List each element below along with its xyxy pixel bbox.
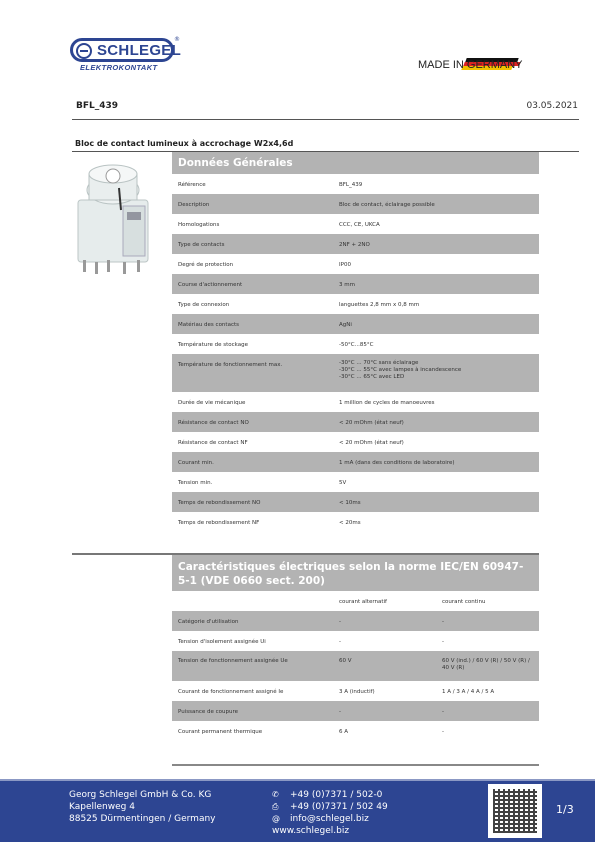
- row-label: Homologations: [178, 222, 219, 228]
- row-label: Puissance de coupure: [178, 709, 238, 715]
- row-label: Catégorie d'utilisation: [178, 619, 239, 625]
- row-label: Durée de vie mécanique: [178, 400, 245, 406]
- row-ac: -: [339, 709, 341, 716]
- page-number: 1/3: [556, 803, 574, 816]
- footer-top-line: [0, 779, 595, 781]
- row-value: -30°C ... 70°C sans éclairage-30°C ... 5…: [339, 360, 461, 381]
- row-value: BFL_439: [339, 182, 362, 189]
- made-in-germany: MADE IN GERMANY: [418, 59, 523, 71]
- company-city: 88525 Dürmentingen / Germany: [69, 813, 215, 825]
- electrical-row: Puissance de coupure--: [172, 701, 539, 721]
- logo-badge: SCHLEGEL: [70, 38, 174, 62]
- electrical-row: Courant permanent thermique6 A-: [172, 721, 539, 741]
- general-row: Courant min.1 mA (dans des conditions de…: [172, 452, 539, 472]
- row-label: Type de connexion: [178, 302, 229, 308]
- qr-code[interactable]: [488, 784, 542, 838]
- row-value: 1 mA (dans des conditions de laboratoire…: [339, 460, 454, 467]
- row-ac: -: [339, 639, 341, 646]
- logo-subtitle: ELEKTROKONTAKT: [80, 63, 158, 72]
- general-row: Type de contacts2NF + 2NO: [172, 234, 539, 254]
- row-ac: -: [339, 619, 341, 626]
- section-heading-general: Données Générales: [172, 152, 539, 174]
- row-label: Tension d'isolement assignée Ui: [178, 639, 266, 645]
- company-address: Georg Schlegel GmbH & Co. KG Kapellenweg…: [69, 789, 215, 825]
- row-value-line: -30°C ... 70°C sans éclairage: [339, 360, 461, 367]
- general-row: RéférenceBFL_439: [172, 174, 539, 194]
- row-value: < 20 mOhm (état neuf): [339, 440, 404, 447]
- row-ac: 3 A (inductif): [339, 689, 375, 696]
- row-value: < 20ms: [339, 520, 361, 527]
- row-value: < 10ms: [339, 500, 361, 507]
- article-number: BFL_439: [76, 101, 118, 111]
- row-ac: 60 V: [339, 658, 352, 665]
- general-row: Durée de vie mécanique1 million de cycle…: [172, 392, 539, 412]
- company-contact: ✆+49 (0)7371 / 502-0 ⎙+49 (0)7371 / 502 …: [272, 789, 388, 837]
- registered-mark: ®: [174, 36, 180, 43]
- general-row: Résistance de contact NF< 20 mOhm (état …: [172, 432, 539, 452]
- general-row: DescriptionBloc de contact, éclairage po…: [172, 194, 539, 214]
- electrical-row: Tension d'isolement assignée Ui--: [172, 631, 539, 651]
- website-link[interactable]: www.schlegel.biz: [272, 825, 388, 837]
- general-row: Temps de rebondissement NO< 10ms: [172, 492, 539, 512]
- section-heading-electrical: Caractéristiques électriques selon la no…: [172, 555, 539, 591]
- row-value: CCC, CE, UKCA: [339, 222, 380, 229]
- general-row: Tension min.5V: [172, 472, 539, 492]
- general-row: Matériau des contactsAgNi: [172, 314, 539, 334]
- document-date: 03.05.2021: [526, 101, 578, 111]
- row-label: Référence: [178, 182, 206, 188]
- schlegel-logo: SCHLEGEL ® ELEKTROKONTAKT: [70, 38, 180, 72]
- general-row: Type de connexionlanguettes 2,8 mm x 0,8…: [172, 294, 539, 314]
- row-label: Courant de fonctionnement assigné Ie: [178, 689, 283, 695]
- logo-text: SCHLEGEL: [97, 42, 181, 59]
- row-dc: -: [442, 619, 537, 626]
- row-value-line: -30°C ... 65°C avec LED: [339, 374, 461, 381]
- general-row: Temps de rebondissement NF< 20ms: [172, 512, 539, 532]
- general-row: Degré de protectionIP00: [172, 254, 539, 274]
- row-value: 2NF + 2NO: [339, 242, 370, 249]
- fax-icon: ⎙: [272, 801, 290, 813]
- phone-icon: ✆: [272, 789, 290, 801]
- general-row: Température de stockage-50°C...85°C: [172, 334, 539, 354]
- company-street: Kapellenweg 4: [69, 801, 215, 813]
- row-value: Bloc de contact, éclairage possible: [339, 202, 435, 209]
- row-value: 1 million de cycles de manoeuvres: [339, 400, 435, 407]
- electrical-column-headers: courant alternatif courant continu: [172, 591, 539, 611]
- row-label: Température de fonctionnement max.: [178, 362, 282, 368]
- general-row: Résistance de contact NO< 20 mOhm (état …: [172, 412, 539, 432]
- row-label: Matériau des contacts: [178, 322, 239, 328]
- divider: [172, 764, 539, 766]
- row-dc: -: [442, 709, 537, 716]
- product-image: [75, 160, 160, 285]
- column-header-dc: courant continu: [442, 599, 537, 606]
- product-title: Bloc de contact lumineux à accrochage W2…: [75, 139, 293, 148]
- electrical-row: Tension de fonctionnement assignée Ue60 …: [172, 651, 539, 681]
- company-name: Georg Schlegel GmbH & Co. KG: [69, 789, 215, 801]
- row-dc: -: [442, 729, 537, 736]
- row-value: 3 mm: [339, 282, 355, 289]
- row-label: Température de stockage: [178, 342, 248, 348]
- qr-code-pattern: [493, 789, 537, 833]
- row-label: Temps de rebondissement NO: [178, 500, 260, 506]
- row-value: IP00: [339, 262, 351, 269]
- general-row: Course d'actionnement3 mm: [172, 274, 539, 294]
- general-row: HomologationsCCC, CE, UKCA: [172, 214, 539, 234]
- row-label: Degré de protection: [178, 262, 233, 268]
- row-label: Tension min.: [178, 480, 212, 486]
- row-value-line: -30°C ... 55°C avec lampes à incandescen…: [339, 367, 461, 374]
- row-label: Courant min.: [178, 460, 214, 466]
- general-row: Température de fonctionnement max.-30°C …: [172, 354, 539, 392]
- phone-number[interactable]: +49 (0)7371 / 502-0: [290, 790, 382, 800]
- column-header-ac: courant alternatif: [339, 599, 387, 606]
- row-label: Temps de rebondissement NF: [178, 520, 259, 526]
- row-label: Course d'actionnement: [178, 282, 242, 288]
- row-value: < 20 mOhm (état neuf): [339, 420, 404, 427]
- row-label: Résistance de contact NO: [178, 420, 249, 426]
- row-label: Courant permanent thermique: [178, 729, 262, 735]
- row-value: -50°C...85°C: [339, 342, 373, 349]
- row-label: Description: [178, 202, 209, 208]
- email-link[interactable]: info@schlegel.biz: [290, 814, 369, 824]
- electrical-row: Catégorie d'utilisation--: [172, 611, 539, 631]
- row-value: AgNi: [339, 322, 352, 329]
- row-label: Tension de fonctionnement assignée Ue: [178, 658, 288, 664]
- footer: Georg Schlegel GmbH & Co. KG Kapellenweg…: [0, 779, 595, 842]
- row-label: Type de contacts: [178, 242, 224, 248]
- electrical-row: Courant de fonctionnement assigné Ie3 A …: [172, 681, 539, 701]
- at-icon: @: [272, 813, 290, 825]
- fax-number: +49 (0)7371 / 502 49: [290, 802, 388, 812]
- row-dc: 1 A / 3 A / 4 A / 5 A: [442, 689, 537, 696]
- row-dc: -: [442, 639, 537, 646]
- row-ac: 6 A: [339, 729, 348, 736]
- divider: [72, 119, 579, 120]
- row-dc: 60 V (ind.) / 60 V (R) / 50 V (R) / 40 V…: [442, 658, 537, 672]
- logo-emblem-icon: [76, 43, 92, 59]
- row-label: Résistance de contact NF: [178, 440, 248, 446]
- row-value: languettes 2,8 mm x 0,8 mm: [339, 302, 419, 309]
- row-value: 5V: [339, 480, 346, 487]
